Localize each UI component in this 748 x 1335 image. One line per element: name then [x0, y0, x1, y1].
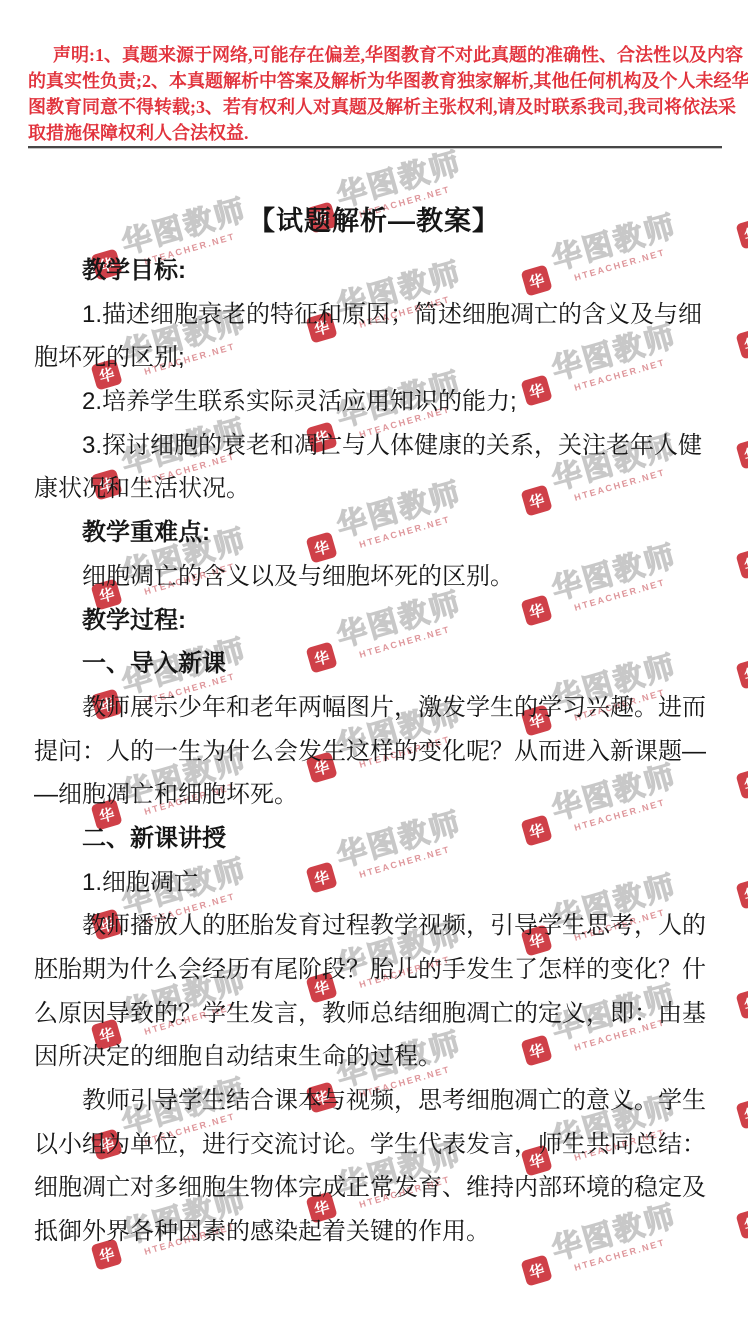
disclaimer-line: 图教育同意不得转载;3、若有权利人对真题及解析主张权利,请及时联系我司,我司将依… [28, 94, 744, 120]
body-line: 因所决定的细胞自动结束生命的过程。 [34, 1035, 748, 1079]
body-line: 教师播放人的胚胎发育过程教学视频，引导学生思考，人的 [34, 904, 748, 948]
body-line: 细胞凋亡的含义以及与细胞坏死的区别。 [34, 555, 748, 599]
disclaimer-label: 声明: [53, 45, 95, 65]
body-line: 以小组为单位，进行交流讨论。学生代表发言，师生共同总结： [34, 1123, 748, 1167]
body-line: 3.探讨细胞的衰老和凋亡与人体健康的关系，关注老年人健 [34, 424, 748, 468]
body-line: 教师引导学生结合课本与视频，思考细胞凋亡的意义。学生 [34, 1079, 748, 1123]
disclaimer: 声明:1、真题来源于网络,可能存在偏差,华图教育不对此真题的准确性、合法性以及内… [28, 42, 744, 146]
body-line: 1.细胞凋亡 [34, 861, 748, 905]
disclaimer-line: 取措施保障权利人合法权益. [28, 120, 744, 146]
body-line: 1.描述细胞衰老的特征和原因；简述细胞凋亡的含义及与细 [34, 293, 748, 337]
body-line: 胚胎期为什么会经历有尾阶段？胎儿的手发生了怎样的变化？什 [34, 948, 748, 992]
disclaimer-line: 的真实性负责;2、本真题解析中答案及解析为华图教育独家解析,其他任何机构及个人未… [28, 68, 744, 94]
body-line: 细胞凋亡对多细胞生物体完成正常发育、维持内部环境的稳定及 [34, 1166, 748, 1210]
disclaimer-line: 声明:1、真题来源于网络,可能存在偏差,华图教育不对此真题的准确性、合法性以及内… [28, 42, 744, 68]
body-line: —细胞凋亡和细胞坏死。 [34, 773, 748, 817]
body-line: 教学重难点: [34, 511, 748, 555]
body-line: 康状况和生活状况。 [34, 467, 748, 511]
document-page: 华华图教师HTEACHER.NET华华图教师HTEACHER.NET华华图教师H… [0, 0, 748, 1335]
body-line: 一、导入新课 [34, 642, 748, 686]
body-line: 教学目标: [34, 249, 748, 293]
body-line: 教学过程: [34, 599, 748, 643]
separator-line [28, 146, 722, 149]
body-line: 教师展示少年和老年两幅图片，激发学生的学习兴趣。进而 [34, 686, 748, 730]
body-line: 么原因导致的？学生发言，教师总结细胞凋亡的定义，即：由基 [34, 992, 748, 1036]
body-line: 提问：人的一生为什么会发生这样的变化呢？从而进入新课题— [34, 730, 748, 774]
document-content: 声明:1、真题来源于网络,可能存在偏差,华图教育不对此真题的准确性、合法性以及内… [0, 0, 748, 1335]
document-title: 【试题解析—教案】 [0, 203, 748, 239]
body-line: 胞坏死的区别; [34, 336, 748, 380]
disclaimer-text: 1、真题来源于网络,可能存在偏差,华图教育不对此真题的准确性、合法性以及内容 [95, 45, 743, 65]
body-line: 抵御外界各种因素的感染起着关键的作用。 [34, 1210, 748, 1254]
body-line: 二、新课讲授 [34, 817, 748, 861]
document-body: 教学目标:1.描述细胞衰老的特征和原因；简述细胞凋亡的含义及与细胞坏死的区别;2… [34, 249, 748, 1254]
body-line: 2.培养学生联系实际灵活应用知识的能力; [34, 380, 748, 424]
